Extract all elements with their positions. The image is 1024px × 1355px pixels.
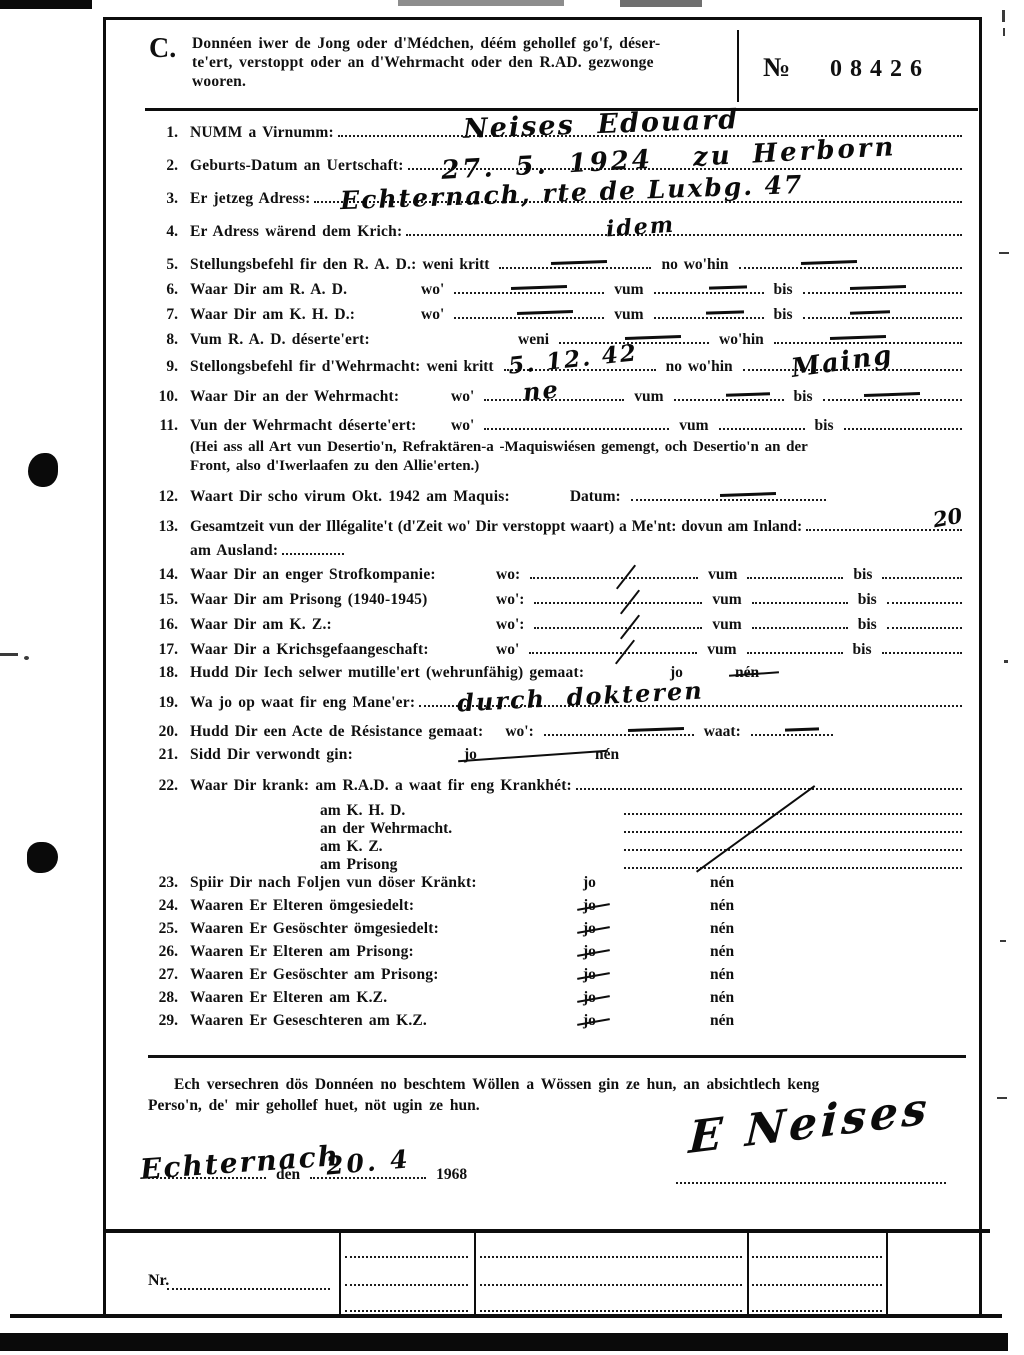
dotted-line [751, 719, 833, 736]
inline-label: vum [712, 591, 741, 609]
field-label: Waar Dir a Krichsgefaangeschaft: [190, 641, 490, 659]
nen-option: nén [710, 943, 734, 961]
inline-label: weni kritt [427, 358, 494, 376]
field-number: 7. [148, 306, 178, 324]
field-row-prisong: 15. Waar Dir am Prisong (1940-1945) wo':… [148, 587, 966, 612]
nen-option: nén [710, 897, 734, 915]
inline-label: waat: [704, 723, 741, 741]
dotted-line [774, 327, 962, 344]
handwritten-dash-mark [720, 492, 776, 497]
footer-cell-dotted-line [480, 1256, 742, 1258]
dotted-line [719, 413, 805, 430]
jo-option: jo [583, 989, 596, 1007]
dotted-line [739, 252, 962, 269]
field-label: Stellongsbefehl fir d'Wehrmacht: [190, 358, 421, 376]
field-row-elteren-kz: 28. Waaren Er Elteren am K.Z. jo nén [148, 989, 966, 1012]
inline-label: wo' [451, 417, 474, 435]
dotted-line [654, 277, 764, 294]
field-number: 29. [148, 1012, 178, 1030]
date-handwritten: 20. 4 [325, 1146, 411, 1178]
inline-label: weni kritt [422, 256, 489, 274]
inline-label: bis [774, 306, 793, 324]
inline-label: wo: [496, 566, 520, 584]
inline-label: vum [634, 388, 663, 406]
field-label: Spiir Dir nach Foljen vun döser Kränkt: [190, 874, 477, 892]
field-label: Waaren Er Elteren ömgesiedelt: [190, 897, 414, 915]
field-number: 10. [148, 388, 178, 406]
handwritten-dash-mark [850, 285, 906, 290]
inline-label: bis [853, 566, 872, 584]
field-number: 11. [148, 417, 178, 435]
dotted-line: ne [484, 384, 624, 401]
dotted-line: 27. 5. 1924 zu Herborn [408, 153, 962, 170]
inline-label: vum [708, 566, 737, 584]
field-label: Hudd Dir Iech selwer mutille'ert (wehrun… [190, 664, 584, 682]
field-row-elteren-omgesiedelt: 24. Waaren Er Elteren ömgesiedelt: jo né… [148, 897, 966, 920]
form-body: 1. NUMM a Virnumm: Neises Edouard 2. Geb… [148, 120, 966, 1184]
field-label: Stellungsbefehl fir den R. A. D.: [190, 256, 416, 274]
handwritten-dash-mark [830, 335, 886, 340]
handwritten-dash-mark [551, 260, 607, 265]
handwritten-dash-mark [628, 727, 684, 732]
header-title-line-3: wooren. [192, 72, 737, 91]
dotted-line [631, 484, 826, 501]
footer-cell-dotted-line [345, 1284, 468, 1286]
nen-option: nén [710, 920, 734, 938]
form-number: 08426 [830, 56, 930, 83]
header-title-line-2: te'ert, verstoppt oder an d'Wehrmacht od… [192, 53, 737, 72]
field-label: Waaren Er Gesöschter am Prisong: [190, 966, 439, 984]
margin-mark [1000, 940, 1006, 942]
dotted-line: Echternach, rte de Luxbg. 47 [314, 186, 962, 203]
dotted-line [534, 612, 702, 629]
dotted-line [882, 562, 962, 579]
handwritten-dash-mark [517, 310, 573, 315]
footer-cell-dotted-line [752, 1310, 882, 1312]
inline-label: no wo'hin [666, 358, 733, 376]
nen-option: nén [710, 874, 734, 892]
scan-edge-artifact [620, 0, 702, 7]
field-row-strofkompanie: 14. Waar Dir an enger Strofkompanie: wo:… [148, 562, 966, 587]
field-number: 28. [148, 989, 178, 1007]
field-label: Geburts-Datum an Uertschaft: [190, 157, 404, 175]
inline-label: no wo'hin [661, 256, 728, 274]
dotted-line [530, 562, 698, 579]
dotted-line [882, 637, 962, 654]
field-label: Waar Dir am R. A. D. [190, 281, 415, 299]
field-number: 9. [148, 358, 178, 376]
header-divider [737, 30, 739, 102]
nen-option: nén [710, 989, 734, 1007]
field-row-wehrmacht: 10. Waar Dir an der Wehrmacht: wo' ne vu… [148, 384, 966, 413]
inline-label: wo': [505, 723, 533, 741]
field-row-gesoschter-prisong: 27. Waaren Er Gesöschter am Prisong: jo … [148, 966, 966, 989]
field-number: 14. [148, 566, 178, 584]
inline-label: weni [518, 331, 549, 349]
handwritten-value: idem [606, 213, 676, 240]
nen-option: nén [735, 664, 759, 682]
inline-label: vum [712, 616, 741, 634]
dotted-line [624, 852, 962, 869]
scan-edge-artifact [0, 0, 92, 9]
page-border-top [103, 17, 982, 20]
dotted-line [484, 413, 669, 430]
dotted-line [747, 562, 843, 579]
inline-label: Datum: [570, 488, 621, 506]
inline-label: wo': [496, 616, 524, 634]
handwritten-slash-mark [615, 639, 635, 664]
date-dotted-line: 20. 4 [310, 1162, 426, 1179]
note-line-2: Front, also d'Iwerlaafen zu den Allie'er… [190, 457, 966, 476]
handwritten-slash-mark [616, 564, 636, 589]
field-number: 16. [148, 616, 178, 634]
dotted-line: 20 [806, 514, 962, 531]
page-border-left [103, 17, 106, 1317]
dotted-line [752, 587, 848, 604]
jo-option: jo [583, 897, 596, 915]
footer-table-bottom-line [10, 1314, 1002, 1318]
field-row-khd: 7. Waar Dir am K. H. D.: wo' vum bis [148, 302, 966, 327]
footer-cell-dotted-line [752, 1256, 882, 1258]
inline-label: vum [614, 281, 643, 299]
dotted-line [534, 587, 702, 604]
field-number: 3. [148, 190, 178, 208]
dotted-line [803, 277, 962, 294]
dotted-line [654, 302, 764, 319]
dotted-line [544, 719, 694, 736]
dotted-line [844, 413, 962, 430]
footer-table-divider [474, 1231, 476, 1315]
page-border-right [979, 17, 982, 1317]
dotted-line [674, 384, 784, 401]
numero-sign: № [763, 52, 790, 83]
nr-dotted-line [167, 1288, 330, 1290]
sub-label: am Prisong [148, 856, 397, 874]
handwritten-slash-mark [620, 614, 640, 639]
dotted-line [576, 773, 962, 790]
dotted-line [454, 302, 604, 319]
dotted-line [624, 834, 962, 851]
handwritten-dash-mark [864, 392, 920, 397]
field-number: 25. [148, 920, 178, 938]
inline-label: am Ausland: [190, 542, 278, 560]
handwritten-dash-mark [511, 285, 567, 290]
scan-edge-artifact [398, 0, 564, 6]
field-number: 5. [148, 256, 178, 274]
dotted-line [747, 637, 843, 654]
handwritten-dash-mark [785, 727, 819, 731]
punch-hole-mark [28, 453, 58, 487]
footer-cell-dotted-line [480, 1284, 742, 1286]
inline-label: bis [853, 641, 872, 659]
handwritten-dash-mark [709, 285, 747, 289]
field-number: 26. [148, 943, 178, 961]
margin-mark [997, 1097, 1007, 1099]
inline-label: wo' [421, 281, 444, 299]
field-label: NUMM a Virnumm: [190, 124, 334, 142]
field-row-wehrmacht-desert: 11. Vun der Wehrmacht déserte'ert: wo' v… [148, 413, 966, 438]
handwritten-value: 20 [931, 504, 963, 530]
field-row-acte-resistance: 20. Hudd Dir een Acte de Résistance gema… [148, 719, 966, 746]
year-printed: 1968 [436, 1166, 467, 1184]
inline-label: bis [794, 388, 813, 406]
field-number: 13. [148, 518, 178, 536]
handwritten-dash-mark [850, 310, 890, 314]
footer-cell-dotted-line [480, 1310, 742, 1312]
scanned-form-page: C. Donnéen iwer de Jong oder d'Médchen, … [0, 0, 1024, 1355]
margin-mark [1004, 660, 1008, 663]
field-number: 19. [148, 694, 178, 712]
handwritten-value: ne [522, 377, 561, 404]
field-number: 22. [148, 777, 178, 795]
dotted-line [803, 302, 962, 319]
margin-mark [1003, 28, 1005, 36]
jo-option: jo [583, 920, 596, 938]
footer-cell-dotted-line [345, 1310, 468, 1312]
footer-table-top-line [104, 1229, 990, 1233]
dotted-line: durch dokteren [419, 690, 962, 707]
dotted-line [624, 816, 962, 833]
inline-label: bis [815, 417, 834, 435]
field-row-ausland: am Ausland: [148, 538, 966, 558]
field-label: Waaren Er Gesöschter ömgesiedelt: [190, 920, 439, 938]
handwritten-slash-mark [620, 589, 640, 614]
inline-label: wo' [496, 641, 519, 659]
section-rule [148, 1055, 966, 1058]
field-row-foljen: 23. Spiir Dir nach Foljen vun döser Krän… [148, 874, 966, 897]
dotted-line: Maing [743, 354, 962, 371]
dotted-line [752, 612, 848, 629]
inline-label: wo'hin [719, 331, 764, 349]
declaration-line-1: Ech versechren dös Donnéen no beschtem W… [148, 1074, 966, 1095]
margin-mark [999, 252, 1009, 254]
field-row-krank: 22. Waar Dir krank: am R.A.D. a waat fir… [148, 773, 966, 870]
field-label: Waaren Er Elteren am K.Z. [190, 989, 387, 1007]
signature-dotted-line [676, 1182, 946, 1184]
margin-mark [1002, 10, 1005, 22]
field-label: Waar Dir am K. Z.: [190, 616, 490, 634]
note-line-1: (Hei ass all Art vun Desertio'n, Refrakt… [190, 438, 966, 457]
inline-label: bis [858, 591, 877, 609]
dotted-line [887, 587, 962, 604]
field-row-adress-krich: 4. Er Adress wärend dem Krich: idem [148, 219, 966, 252]
header-title-line-1: Donnéen iwer de Jong oder d'Médchen, déé… [192, 34, 737, 53]
field-label: Wa jo op waat fir eng Mane'er: [190, 694, 415, 712]
nen-option: nén [710, 1012, 734, 1030]
field-number: 8. [148, 331, 178, 349]
jo-option: jo [583, 943, 596, 961]
field-number: 6. [148, 281, 178, 299]
field-label: Vum R. A. D. déserte'ert: [190, 331, 512, 349]
field-label: Waar Dir am Prisong (1940-1945) [190, 591, 490, 609]
dotted-line [282, 538, 344, 555]
jo-option: jo [583, 966, 596, 984]
dotted-line [529, 637, 697, 654]
field-number: 24. [148, 897, 178, 915]
header-title: Donnéen iwer de Jong oder d'Médchen, déé… [192, 34, 737, 91]
dotted-line [887, 612, 962, 629]
inline-label: bis [774, 281, 793, 299]
field-row-elteren-prisong: 26. Waaren Er Elteren am Prisong: jo nén [148, 943, 966, 966]
field-label: Waart Dir scho virum Okt. 1942 am Maquis… [190, 488, 510, 506]
footer-cell-dotted-line [345, 1256, 468, 1258]
field-number: 21. [148, 746, 178, 764]
field-number: 12. [148, 488, 178, 506]
field-label: Er jetzeg Adress: [190, 190, 310, 208]
field-label: Sidd Dir verwondt gin: [190, 746, 353, 764]
field-label: Gesamtzeit vun der Illégalite't (d'Zeit … [190, 518, 802, 536]
handwritten-dash-mark [706, 310, 744, 314]
dotted-line [499, 252, 651, 269]
field-number: 1. [148, 124, 178, 142]
field-number: 27. [148, 966, 178, 984]
handwritten-dash-mark [801, 260, 857, 265]
section-letter: C. [149, 33, 176, 65]
punch-hole-mark [27, 842, 58, 873]
margin-mark [24, 656, 29, 660]
nen-option: nén [595, 746, 619, 764]
field-label: Hudd Dir een Acte de Résistance gemaat: [190, 723, 483, 741]
margin-mark [0, 653, 18, 656]
nr-label: Nr. [148, 1272, 169, 1290]
field-row-rad-befehl: 5. Stellungsbefehl fir den R. A. D.: wen… [148, 252, 966, 277]
dotted-line: 5. 12. 42 [504, 354, 656, 371]
inline-label: vum [679, 417, 708, 435]
jo-option: jo [464, 746, 477, 764]
dotted-line [454, 277, 604, 294]
field-number: 4. [148, 223, 178, 241]
field-label: Waaren Er Geseschteren am K.Z. [190, 1012, 427, 1030]
jo-option: jo [583, 874, 596, 892]
field-number: 15. [148, 591, 178, 609]
field-row-verwondt: 21. Sidd Dir verwondt gin: jo nén [148, 746, 966, 773]
field-row-adress: 3. Er jetzeg Adress: Echternach, rte de … [148, 186, 966, 219]
inline-label: wo': [496, 591, 524, 609]
field-label: Waar Dir an der Wehrmacht: [190, 388, 445, 406]
field-number: 2. [148, 157, 178, 175]
field-label: Waaren Er Elteren am Prisong: [190, 943, 414, 961]
field-number: 20. [148, 723, 178, 741]
field-row-illegalitet: 13. Gesamtzeit vun der Illégalite't (d'Z… [148, 514, 966, 538]
field-row-maquis: 12. Waart Dir scho virum Okt. 1942 am Ma… [148, 484, 966, 514]
note-text: (Hei ass all Art vun Desertio'n, Refrakt… [148, 438, 966, 476]
field-label: Vun der Wehrmacht déserte'ert: [190, 417, 445, 435]
inline-label: wo' [421, 306, 444, 324]
field-number: 17. [148, 641, 178, 659]
footer-cell-dotted-line [752, 1284, 882, 1286]
field-label: Waar Dir krank: am R.A.D. a waat fir eng… [190, 777, 572, 795]
field-label: Er Adress wärend dem Krich: [190, 223, 402, 241]
inline-label: vum [707, 641, 736, 659]
field-label: Waar Dir am K. H. D.: [190, 306, 415, 324]
field-number: 18. [148, 664, 178, 682]
dotted-line: idem [406, 219, 962, 236]
footer-table-divider [886, 1231, 888, 1315]
field-row-krichsgefaangeschaft: 17. Waar Dir a Krichsgefaangeschaft: wo'… [148, 637, 966, 664]
footer-table-divider [339, 1231, 341, 1315]
handwritten-value: Neises Edouard [462, 106, 739, 143]
handwritten-dash-mark [726, 392, 770, 397]
signature-block: E Neises [660, 1096, 960, 1196]
inline-label: bis [858, 616, 877, 634]
field-row-maneer: 19. Wa jo op waat fir eng Mane'er: durch… [148, 690, 966, 719]
scan-edge-artifact [0, 1333, 1008, 1351]
jo-option: jo [583, 1012, 596, 1030]
dotted-line [823, 384, 962, 401]
field-number: 23. [148, 874, 178, 892]
field-row-gesoschter-omgesiedelt: 25. Waaren Er Gesöschter ömgesiedelt: jo… [148, 920, 966, 943]
signature: E Neises [688, 1087, 932, 1161]
inline-label: wo' [451, 388, 474, 406]
place-dotted-line: Echternach [148, 1162, 266, 1179]
field-row-geseschteren-kz: 29. Waaren Er Geseschteren am K.Z. jo né… [148, 1012, 966, 1035]
nen-option: nén [710, 966, 734, 984]
field-label: Waar Dir an enger Strofkompanie: [190, 566, 490, 584]
footer-table-divider [747, 1231, 749, 1315]
field-row-rad: 6. Waar Dir am R. A. D. wo' vum bis [148, 277, 966, 302]
inline-label: vum [614, 306, 643, 324]
field-row-kz: 16. Waar Dir am K. Z.: wo': vum bis [148, 612, 966, 637]
